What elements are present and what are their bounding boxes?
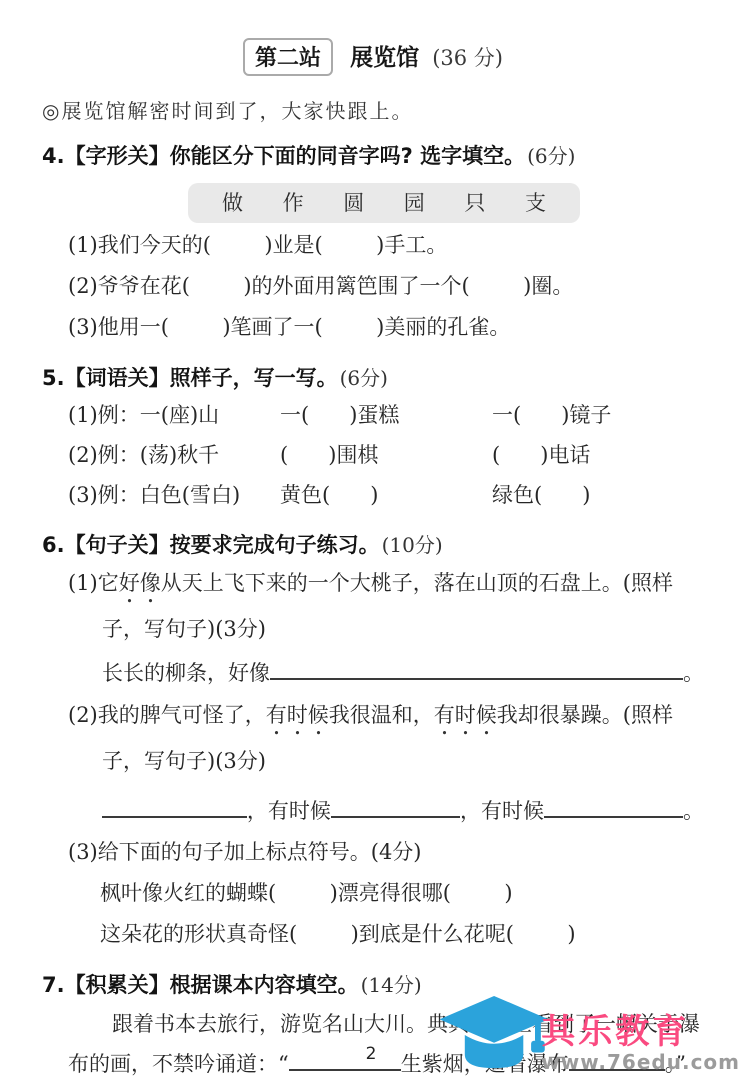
q4-item-2: (2)爷爷在花( )的外面用篱笆围了一个( )圈。 (42, 266, 704, 307)
question-tag: 【词语关】 (65, 366, 170, 390)
section-score: (36 分) (432, 46, 503, 70)
question-tag: 【字形关】 (65, 144, 170, 168)
question-prompt: 根据课本内容填空。 (170, 973, 359, 997)
q6-item-3-line-2: 这朵花的形状真奇怪( )到底是什么花呢( ) (42, 914, 704, 955)
question-tag: 【句子关】 (65, 533, 170, 557)
q6-item-2-emphasized: 有时候 (266, 703, 329, 727)
question-score: (6分) (340, 366, 388, 390)
question-4-heading: 4.【字形关】你能区分下面的同音字吗? 选字填空。(6分) (42, 139, 704, 173)
question-number: 6. (42, 533, 65, 557)
question-prompt: 照样子，写一写。 (170, 366, 338, 390)
question-number: 7. (42, 973, 65, 997)
answer-end: 。 (683, 790, 704, 832)
q5-cell: 一( )蛋糕 (280, 395, 492, 435)
q4-item-3: (3)他用一( )笔画了一( )美丽的孔雀。 (42, 307, 704, 348)
q5-row-3: (3)例：白色(雪白) 黄色( ) 绿色( ) (42, 475, 704, 515)
answer-blank (270, 654, 683, 680)
q5-row-2: (2)例：(荡)秋千 ( )围棋 ( )电话 (42, 435, 704, 475)
q6-item-2-text: 我很温和， (329, 703, 434, 727)
brand-logo: 其乐教育 www.76edu.com (437, 994, 740, 1078)
word-bank-item: 园 (404, 187, 425, 217)
intro-line: ◎展览馆解密时间到了，大家快跟上。 (42, 96, 704, 126)
q6-item-2-answer-line: ，有时候 ，有时候 。 (42, 790, 704, 832)
q6-item-1-text: (1)它 (68, 571, 119, 595)
word-bank-item: 圆 (343, 187, 364, 217)
word-bank: 做 作 圆 园 只 支 (188, 183, 580, 223)
question-prompt: 按要求完成句子练习。 (170, 533, 380, 557)
page-title: 展览馆 (350, 45, 419, 71)
q5-cell: (3)例：白色(雪白) (68, 475, 280, 515)
answer-blank (331, 792, 460, 818)
q6-item-1-emphasized: 好像 (119, 571, 161, 595)
answer-lead: 长长的柳条，好像 (102, 652, 270, 694)
q6-item-2: (2)我的脾气可怪了，有时候我很温和，有时候我却很暴躁。(照样子，写句子)(3分… (42, 694, 704, 782)
word-bank-item: 做 (222, 187, 243, 217)
answer-end: 。 (683, 652, 704, 694)
question-tag: 【积累关】 (65, 973, 170, 997)
q5-cell: (1)例：一(座)山 (68, 395, 280, 435)
question-score: (6分) (527, 144, 575, 168)
q5-cell: ( )围棋 (280, 435, 492, 475)
question-score: (10分) (382, 533, 443, 557)
brand-name: 其乐教育 (541, 1014, 689, 1050)
station-badge: 第二站 (243, 38, 333, 76)
q5-cell: (2)例：(荡)秋千 (68, 435, 280, 475)
q5-cell: ( )电话 (492, 435, 704, 475)
q6-item-1: (1)它好像从天上飞下来的一个大桃子，落在山顶的石盘上。(照样子，写句子)(3分… (42, 562, 704, 650)
question-6-heading: 6.【句子关】按要求完成句子练习。(10分) (42, 528, 704, 562)
section-header: 第二站 展览馆 (36 分) (42, 38, 704, 76)
question-number: 5. (42, 366, 65, 390)
q5-row-1: (1)例：一(座)山 一( )蛋糕 一( )镜子 (42, 395, 704, 435)
answer-mid: ，有时候 (460, 790, 544, 832)
word-bank-item: 只 (464, 187, 485, 217)
question-number: 4. (42, 144, 65, 168)
q5-cell: 黄色( ) (280, 475, 492, 515)
worksheet-page: 第二站 展览馆 (36 分) ◎展览馆解密时间到了，大家快跟上。 4.【字形关】… (0, 0, 742, 1078)
q6-item-3-line-1: 枫叶像火红的蝴蝶( )漂亮得很哪( ) (42, 873, 704, 914)
word-bank-item: 作 (283, 187, 304, 217)
q5-cell: 一( )镜子 (492, 395, 704, 435)
q6-item-1-text: 从天上飞下来的一个大桃子，落在山顶的石盘上。(照样子，写句子)(3分) (102, 571, 673, 641)
question-score: (14分) (361, 973, 422, 997)
answer-blank (102, 792, 247, 818)
answer-blank (544, 792, 683, 818)
q5-cell: 绿色( ) (492, 475, 704, 515)
q6-item-2-text: (2)我的脾气可怪了， (68, 703, 266, 727)
answer-mid: ，有时候 (247, 790, 331, 832)
word-bank-item: 支 (525, 187, 546, 217)
q4-item-1: (1)我们今天的( )业是( )手工。 (42, 225, 704, 266)
q6-item-3-prompt: (3)给下面的句子加上标点符号。(4分) (42, 832, 704, 873)
brand-url: www.76edu.com (541, 1050, 740, 1074)
question-prompt: 你能区分下面的同音字吗? 选字填空。 (170, 144, 526, 168)
q6-item-1-answer-line: 长长的柳条，好像 。 (42, 652, 704, 694)
brand-text-block: 其乐教育 www.76edu.com (541, 1014, 740, 1078)
question-5-heading: 5.【词语关】照样子，写一写。(6分) (42, 361, 704, 395)
graduation-cap-icon (437, 994, 555, 1076)
q6-item-2-emphasized: 有时候 (434, 703, 497, 727)
